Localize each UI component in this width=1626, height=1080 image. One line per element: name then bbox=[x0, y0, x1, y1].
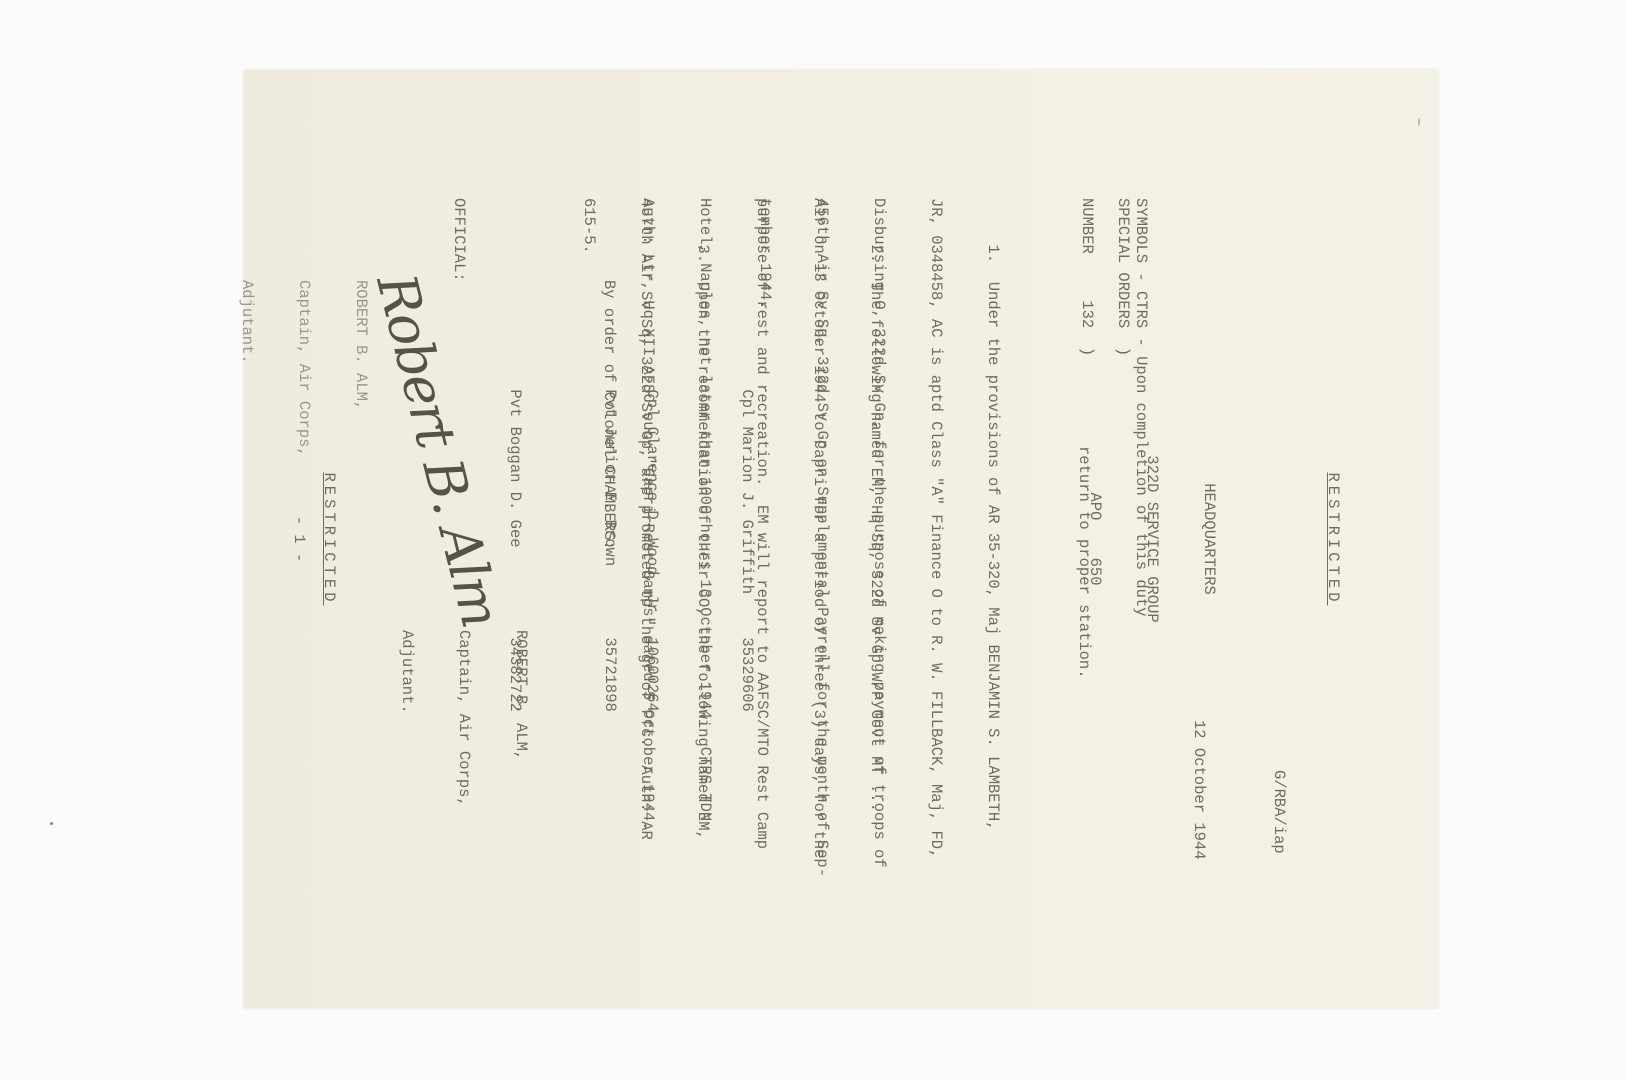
letterhead-line-1: HEADQUARTERS bbox=[1199, 389, 1218, 689]
paragraph-3-line: 3. Upon the recommendation of their CO, … bbox=[693, 198, 712, 840]
reference-code: G/RBA/iap bbox=[1269, 770, 1288, 854]
special-orders-label: SPECIAL ORDERS ) bbox=[1113, 198, 1132, 356]
serial-number: 35721898 bbox=[601, 637, 619, 711]
official-title: Adjutant. bbox=[237, 280, 256, 457]
paragraph-2-line: 2. The following named EM, Hq Sq, 322d S… bbox=[866, 198, 885, 858]
signer-rank: Captain, Air Corps, bbox=[454, 630, 473, 807]
page-number: - 1 - bbox=[289, 70, 308, 1008]
official-name: ROBERT B. ALM, bbox=[351, 280, 370, 457]
document-date: 12 October 1944 bbox=[1189, 720, 1208, 860]
by-order-line: By order of Colonel CHAMBERS: bbox=[599, 280, 618, 550]
symbols-line-1: SYMBOLS - CTRS - Upon completion of this… bbox=[1131, 198, 1150, 679]
signature-block: ROBERT B. ALM, Captain, Air Corps, Adjut… bbox=[359, 630, 568, 807]
official-label: OFFICIAL: bbox=[449, 198, 468, 282]
symbols-block: SYMBOLS - CTRS - Upon completion of this… bbox=[1036, 198, 1188, 679]
document-page: RESTRICTED G/RBA/iap HEADQUARTERS 322D S… bbox=[244, 70, 1438, 1008]
classification-bottom: RESTRICTED bbox=[319, 70, 338, 1008]
classification-top: RESTRICTED bbox=[1323, 70, 1342, 1008]
paragraph-1-line: 1. Under the provisions of AR 35-320, Ma… bbox=[983, 198, 1002, 877]
order-number: NUMBER 132 ) bbox=[1077, 198, 1096, 356]
signer-name: ROBERT B. ALM, bbox=[511, 630, 530, 807]
document-page-wrapper: RESTRICTED G/RBA/iap HEADQUARTERS 322D S… bbox=[244, 70, 1438, 1008]
paragraph-1-line: JR, 0348458, AC is aptd Class "A" Financ… bbox=[926, 198, 945, 877]
dust-speck bbox=[50, 822, 53, 825]
signer-title: Adjutant. bbox=[397, 630, 416, 807]
paper-speck bbox=[1418, 118, 1420, 126]
